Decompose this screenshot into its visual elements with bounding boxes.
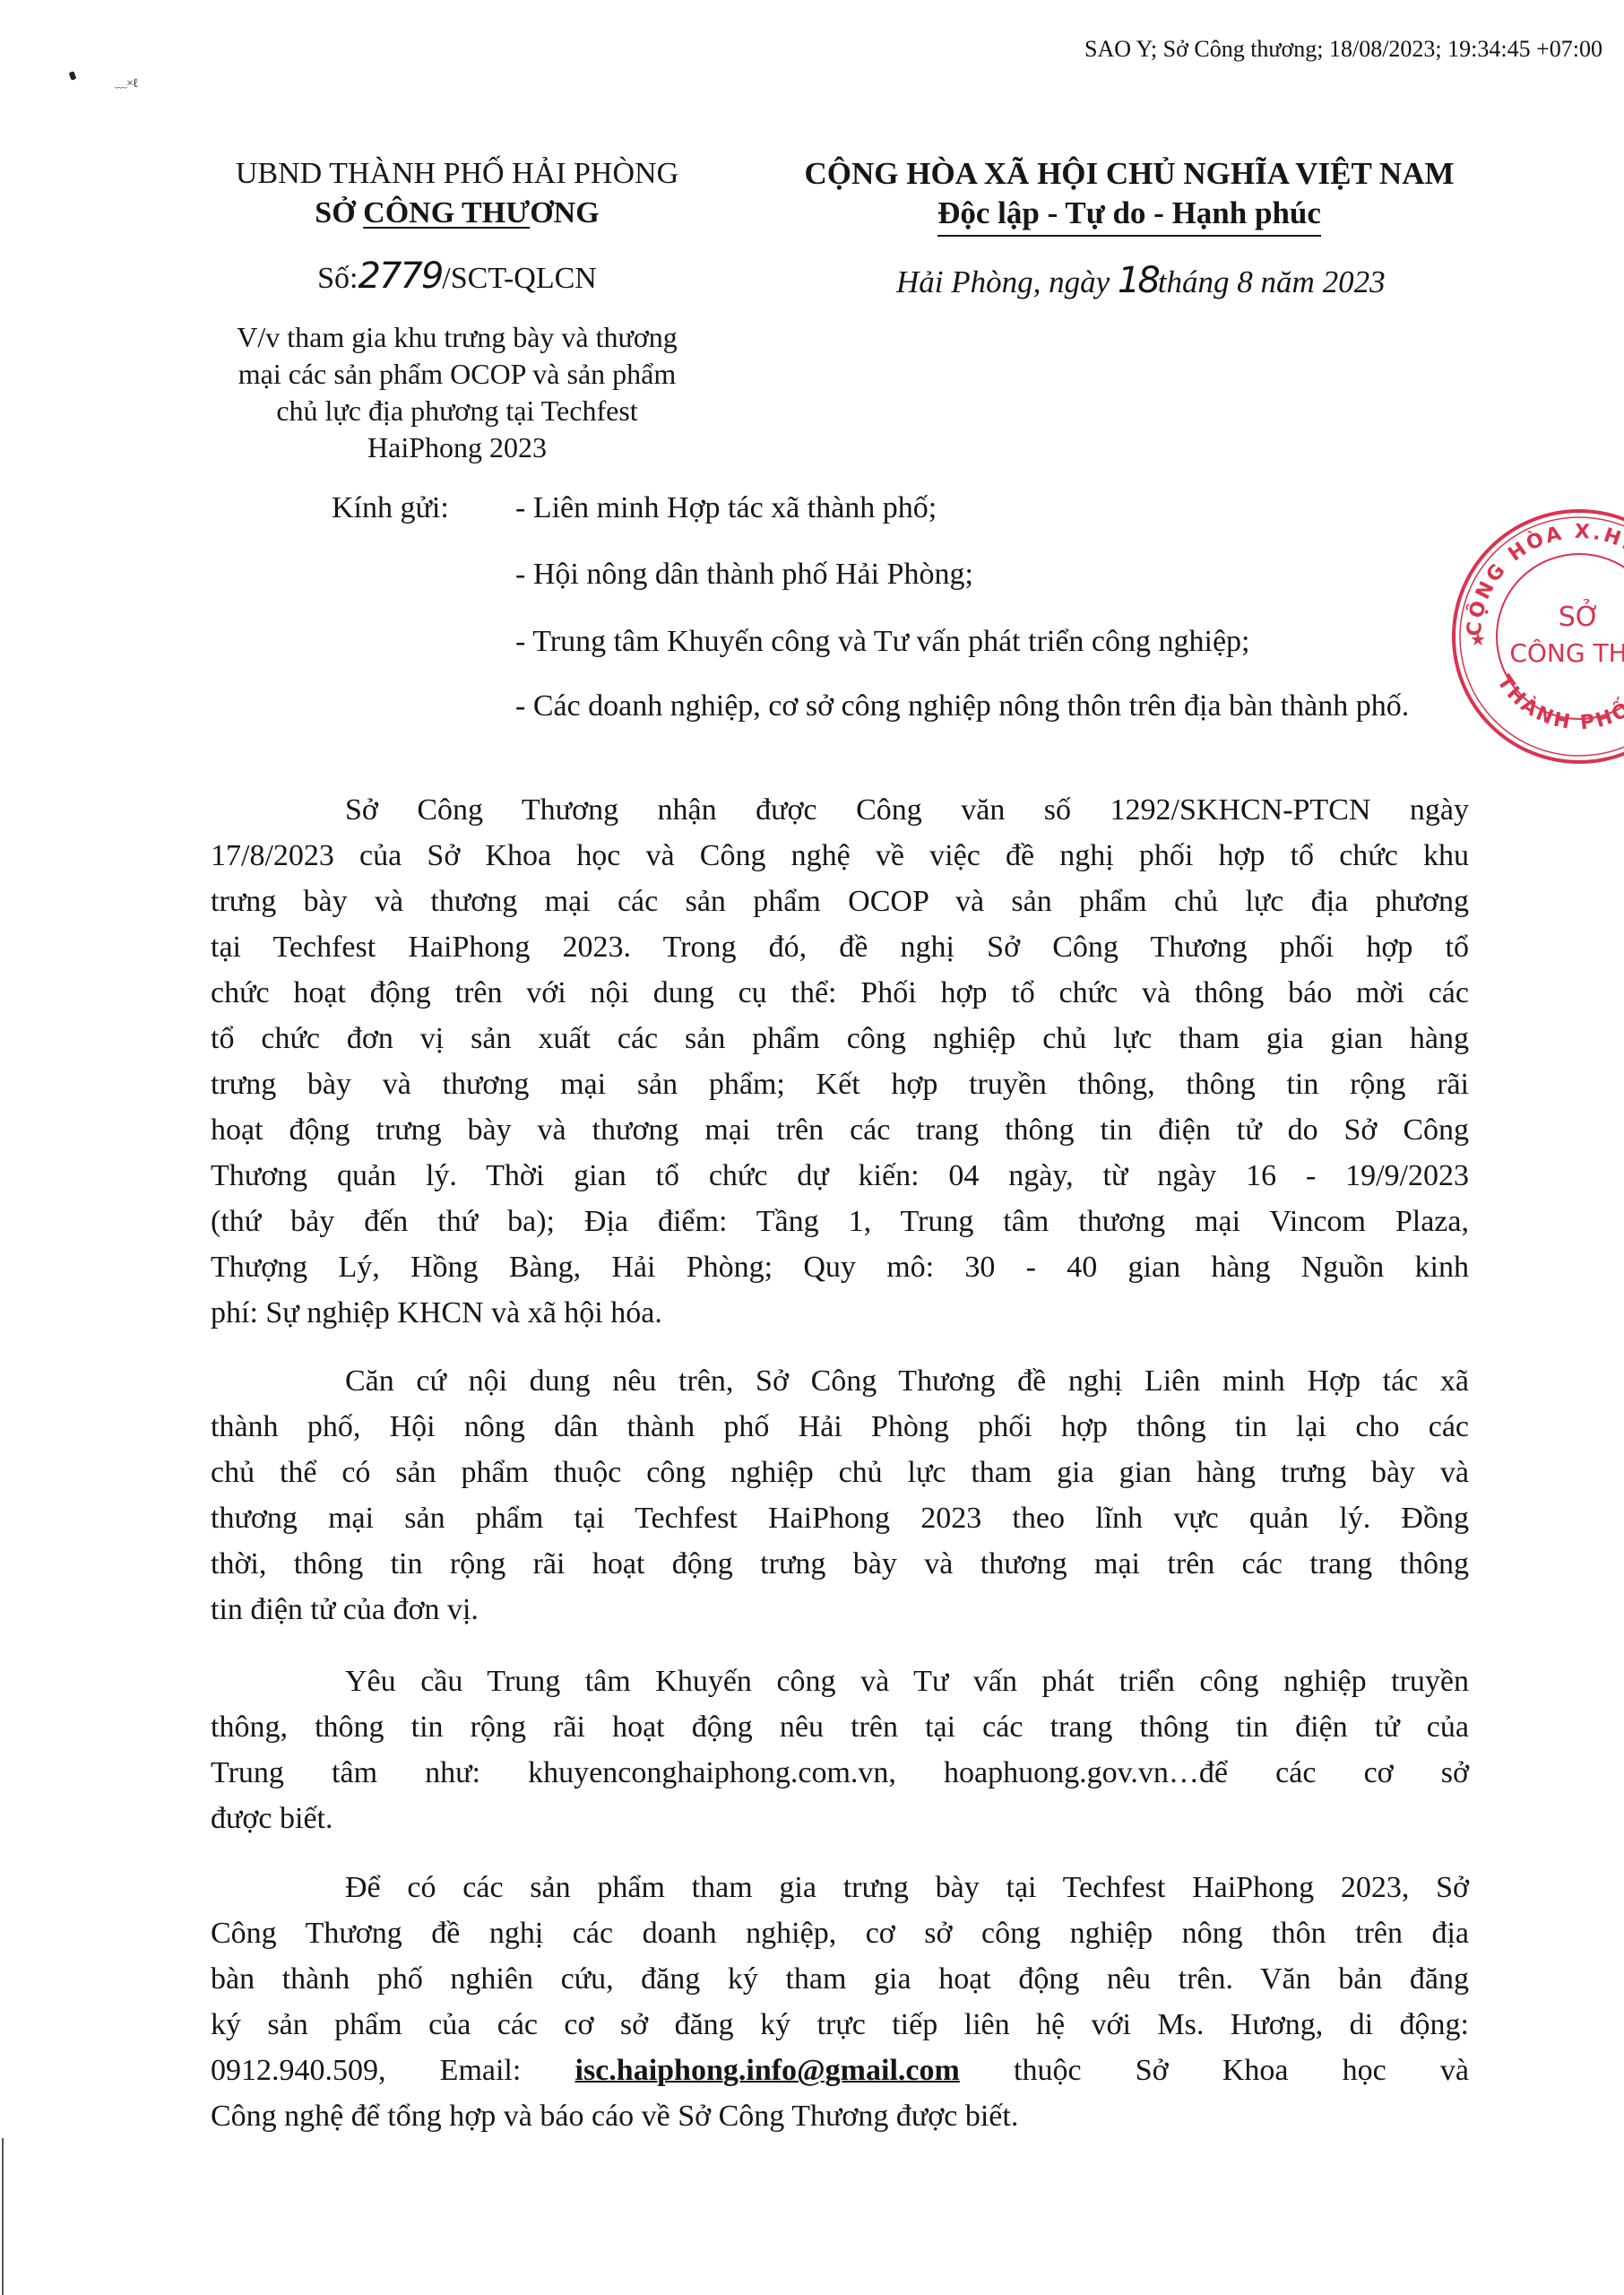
paragraph-3: Yêu cầu Trung tâm Khuyến công và Tư vấn … <box>211 1658 1469 1841</box>
text-line: thời, thông tin rộng rãi hoạt động trưng… <box>211 1541 1469 1587</box>
text-line: trưng bày và thương mại các sản phẩm OCO… <box>211 879 1469 924</box>
text-line: Căn cứ nội dung nêu trên, Sở Công Thương… <box>211 1358 1469 1404</box>
place-date: Hải Phòng, ngày 18tháng 8 năm 2023 <box>896 260 1386 301</box>
paragraph-2: Căn cứ nội dung nêu trên, Sở Công Thương… <box>211 1358 1469 1632</box>
nation-title: CỘNG HÒA XÃ HỘI CHỦ NGHĨA VIỆT NAM <box>762 154 1497 194</box>
paragraph-4: Để có các sản phẩm tham gia trưng bày tạ… <box>211 1865 1469 2139</box>
text-line: thương mại sản phẩm tại Techfest HaiPhon… <box>211 1495 1469 1541</box>
recipient-item: - Các doanh nghiệp, cơ sở công nghiệp nô… <box>515 683 1447 729</box>
svg-text:CỘNG HÒA X.H.C.N: CỘNG HÒA X.H.C.N <box>1464 521 1624 637</box>
national-header: CỘNG HÒA XÃ HỘI CHỦ NGHĨA VIỆT NAM Độc l… <box>762 154 1497 237</box>
svg-text:THÀNH PHỐ H: THÀNH PHỐ H <box>1492 671 1624 734</box>
recipient-item: - Hội nông dân thành phố Hải Phòng; <box>515 558 973 592</box>
text-line: trưng bày và thương mại sản phẩm; Kết hợ… <box>211 1061 1469 1107</box>
text-line: Thượng Lý, Hồng Bàng, Hải Phòng; Quy mô:… <box>211 1244 1469 1290</box>
text-line: Thương quản lý. Thời gian tổ chức dự kiế… <box>211 1153 1469 1199</box>
text-line: thông, thông tin rộng rãi hoạt động nêu … <box>211 1704 1469 1750</box>
text-line: 17/8/2023 của Sở Khoa học và Công nghệ v… <box>211 833 1469 879</box>
text-line: Công nghệ để tổng hợp và báo cáo về Sở C… <box>211 2093 1469 2139</box>
recipient-item: - Liên minh Hợp tác xã thành phố; <box>515 491 937 525</box>
scan-edge-line <box>2 2138 4 2295</box>
text-line: tổ chức đơn vị sản xuất các sản phẩm côn… <box>211 1016 1469 1061</box>
text-line: Công Thương đề nghị các doanh nghiệp, cơ… <box>211 1910 1469 1956</box>
document-subject: V/v tham gia khu trưng bày và thương mại… <box>188 319 726 466</box>
recipients-label: Kính gửi: <box>332 491 449 525</box>
official-seal-icon: CỘNG HÒA X.H.C.N THÀNH PHỐ H ★ SỞ CÔNG T… <box>1445 502 1624 771</box>
svg-text:★: ★ <box>1470 628 1486 650</box>
text-line: chức hoạt động trên với nội dung cụ thể:… <box>211 970 1469 1016</box>
seal-bottom-text: THÀNH PHỐ H <box>1492 671 1624 734</box>
paragraph-1: Sở Công Thương nhận được Công văn số 129… <box>211 787 1469 1336</box>
text-line: được biết. <box>211 1796 1469 1841</box>
text-line: Trung tâm như: khuyenconghaiphong.com.vn… <box>211 1750 1469 1796</box>
contact-line: 0912.940.509, Email: isc.haiphong.info@g… <box>211 2048 1469 2093</box>
text-line: Sở Công Thương nhận được Công văn số 129… <box>211 787 1469 833</box>
email-link[interactable]: isc.haiphong.info@gmail.com <box>575 2054 960 2087</box>
national-motto: Độc lập - Tự do - Hạnh phúc <box>937 194 1321 237</box>
text-line: chủ thể có sản phẩm thuộc công nghiệp ch… <box>211 1450 1469 1495</box>
text-line: hoạt động trưng bày và thương mại trên c… <box>211 1107 1469 1153</box>
seal-inner-2: CÔNG THƯ <box>1509 637 1624 668</box>
department-name: SỞ CÔNG THƯƠNG <box>188 194 726 233</box>
text-line: phí: Sự nghiệp KHCN và xã hội hóa. <box>211 1290 1469 1336</box>
text-line: Yêu cầu Trung tâm Khuyến công và Tư vấn … <box>211 1658 1469 1704</box>
text-line: ký sản phẩm của các cơ sở đăng ký trực t… <box>211 2002 1469 2048</box>
handwritten-number: 2779 <box>358 255 443 297</box>
text-line: tin điện tử của đơn vị. <box>211 1587 1469 1632</box>
phone-number: 0912.940.509, Email: <box>211 2054 575 2087</box>
text-line: thành phố, Hội nông dân thành phố Hải Ph… <box>211 1404 1469 1450</box>
scan-speck <box>69 71 77 81</box>
recipient-item: - Trung tâm Khuyến công và Tư vấn phát t… <box>515 625 1250 659</box>
text-line: (thứ bảy đến thứ ba); Địa điểm: Tầng 1, … <box>211 1199 1469 1244</box>
text-line: tại Techfest HaiPhong 2023. Trong đó, đề… <box>211 924 1469 970</box>
seal-inner-1: SỞ <box>1559 597 1600 633</box>
text-line: Để có các sản phẩm tham gia trưng bày tạ… <box>211 1865 1469 1910</box>
digital-copy-stamp: SAO Y; Sở Công thương; 18/08/2023; 19:34… <box>1084 36 1602 63</box>
handwritten-day: 18 <box>1118 260 1158 301</box>
seal-top-text: CỘNG HÒA X.H.C.N <box>1464 521 1624 637</box>
parent-agency: UBND THÀNH PHỐ HẢI PHÒNG <box>188 154 726 194</box>
text-line: bàn thành phố nghiên cứu, đăng ký tham g… <box>211 1956 1469 2002</box>
scan-scribble: ﹏×ℓ <box>115 74 138 91</box>
issuing-agency-block: UBND THÀNH PHỐ HẢI PHÒNG SỞ CÔNG THƯƠNG <box>188 154 726 233</box>
document-number: Số:2779/SCT-QLCN <box>188 256 726 299</box>
